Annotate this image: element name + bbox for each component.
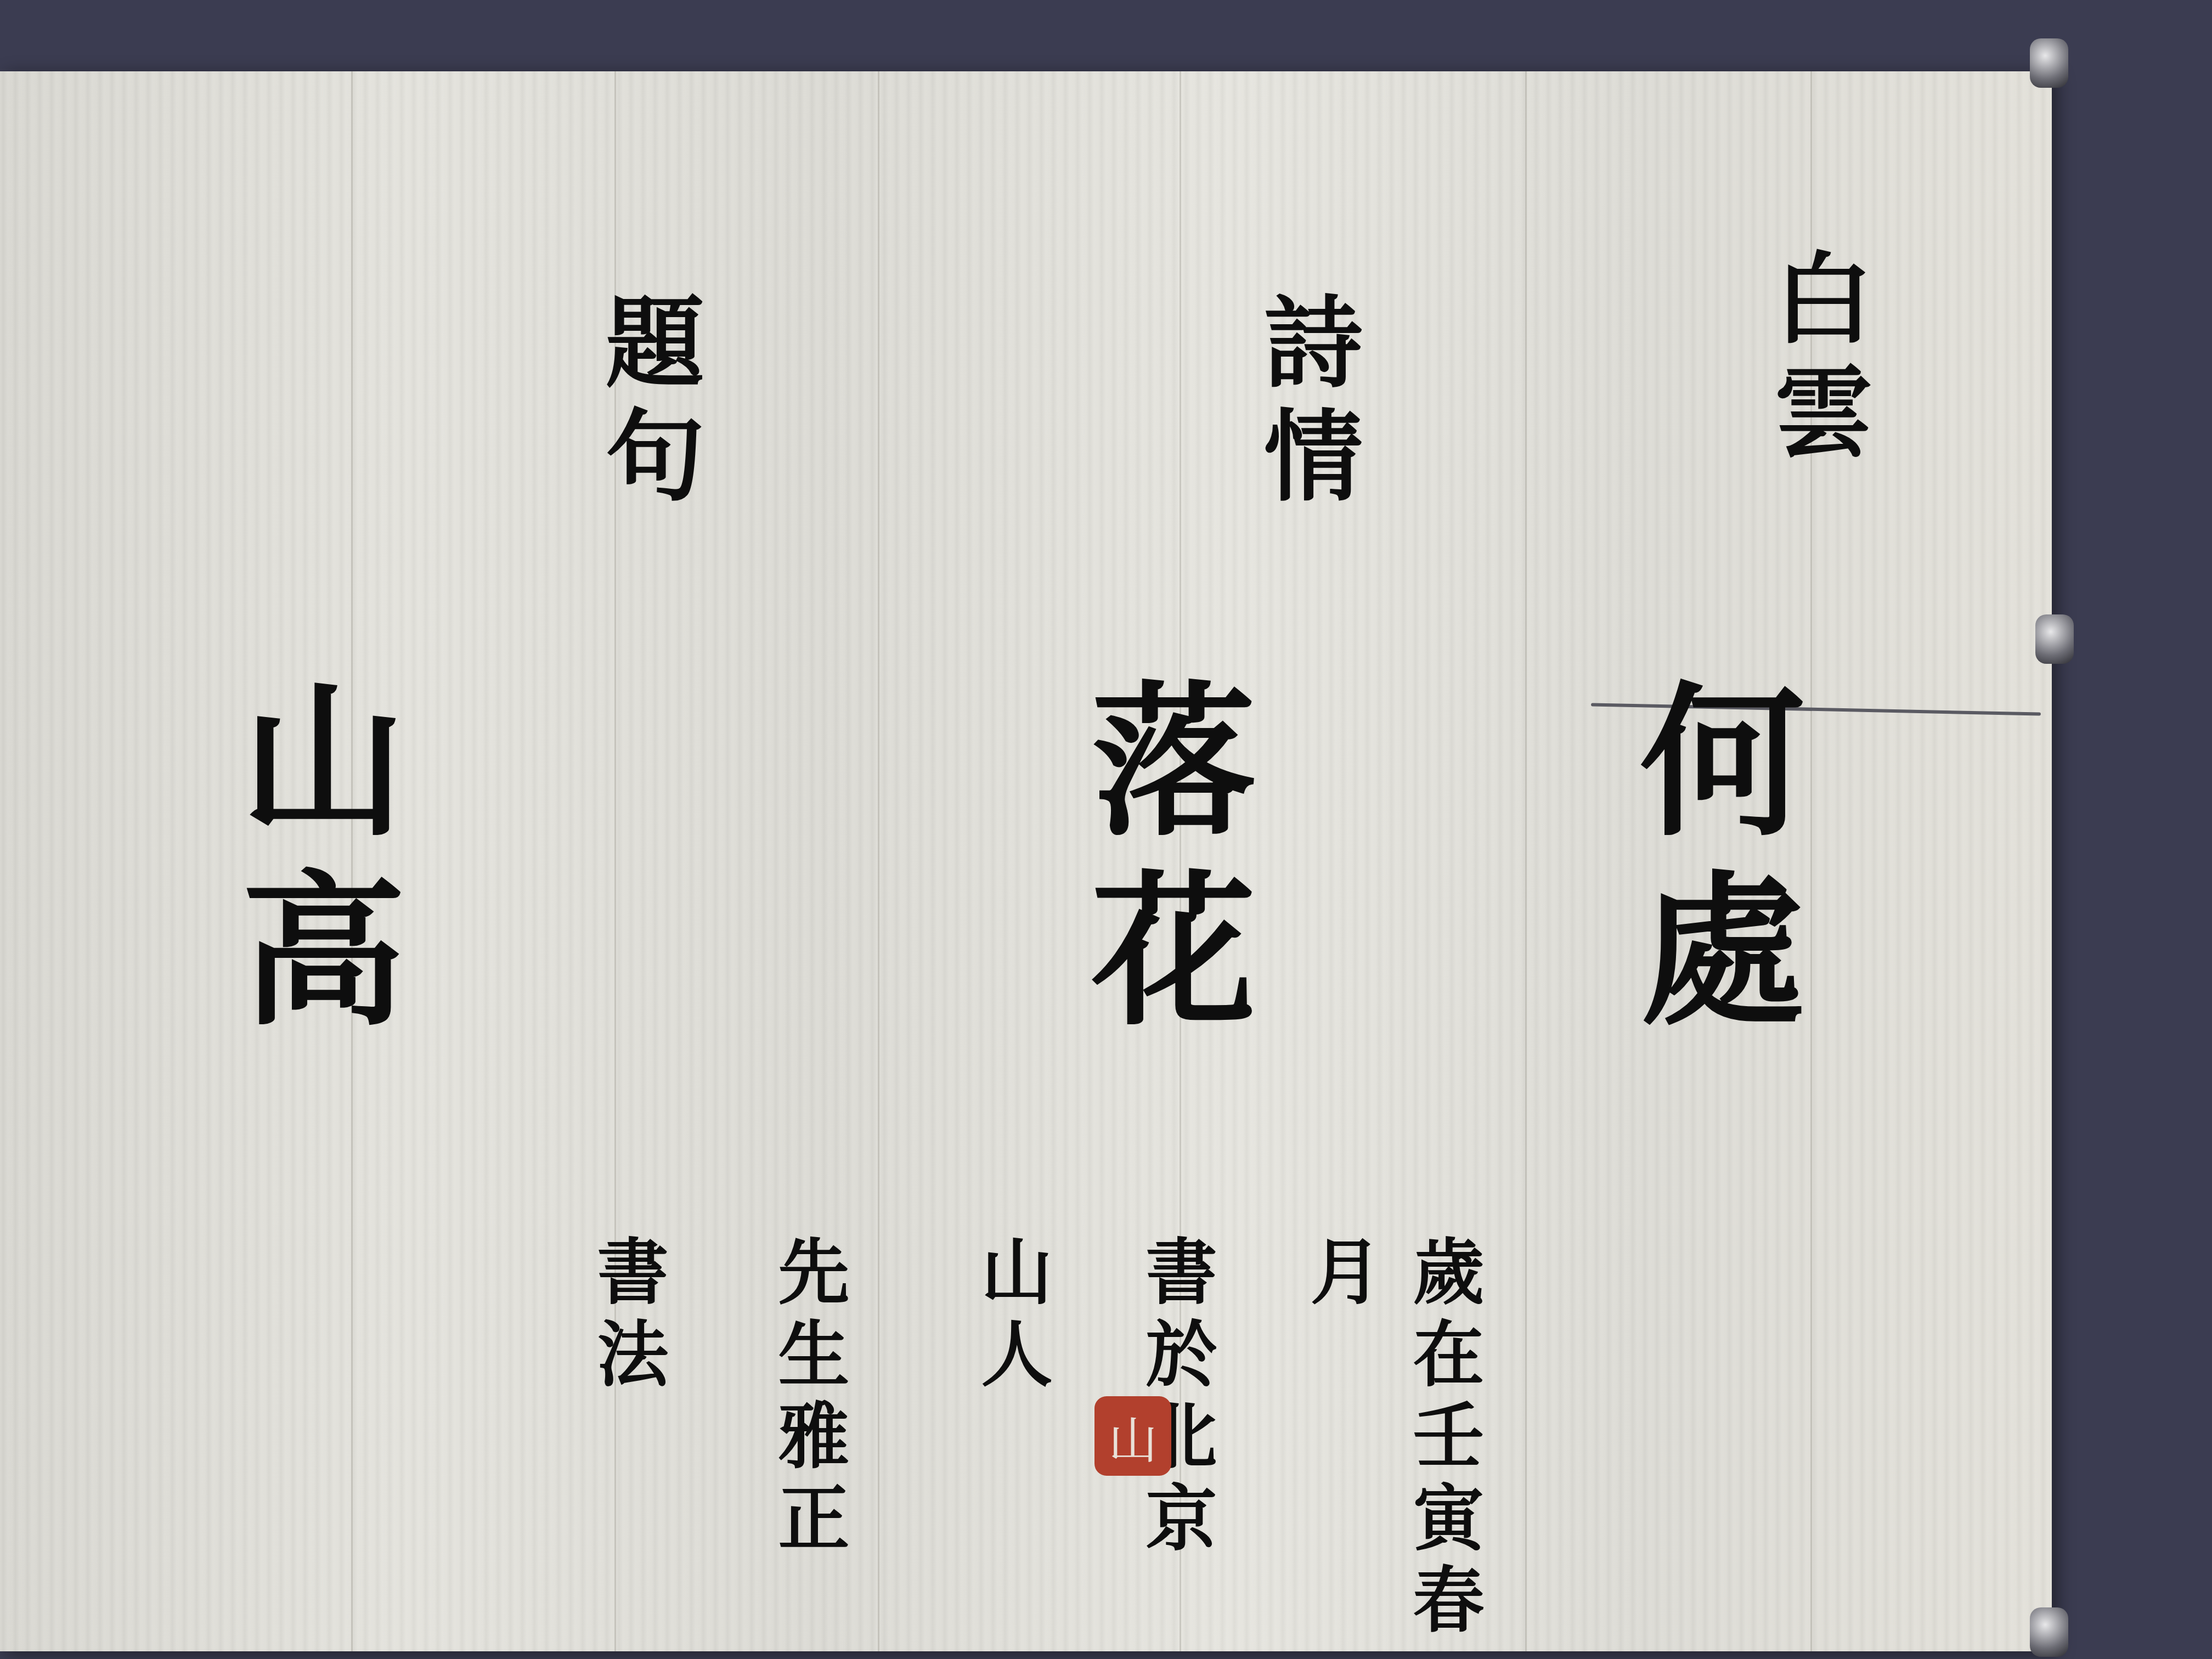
metal-clip [2035, 614, 2074, 664]
calligraphy-column: 題句 [576, 291, 718, 518]
calligraphy-column: 白雲 [1745, 247, 1886, 474]
calligraphy-column: 詩情 [1234, 291, 1376, 518]
inscription-column: 書法 [576, 1234, 679, 1398]
paper-fold [878, 71, 879, 1651]
inscription-column: 山人 [960, 1234, 1063, 1398]
calligraphy-column: 何處 [1591, 675, 1827, 1053]
inscription-column: 先生雅正 [757, 1234, 860, 1562]
metal-clip [2030, 1607, 2068, 1657]
inscription-column: 歲在壬寅春月 [1289, 1234, 1494, 1651]
calligraphy-scroll: 白雲 何處 詩情 落花 題句 山高 歲在壬寅春月 書於北京 山人 先生雅正 書法 [0, 71, 2052, 1651]
metal-clip [2030, 38, 2068, 88]
calligraphy-column: 山高 [192, 675, 428, 1053]
calligraphy-column: 落花 [1042, 675, 1279, 1053]
paper-fold [1525, 71, 1527, 1651]
red-seal-stamp: 山 [1094, 1396, 1171, 1476]
